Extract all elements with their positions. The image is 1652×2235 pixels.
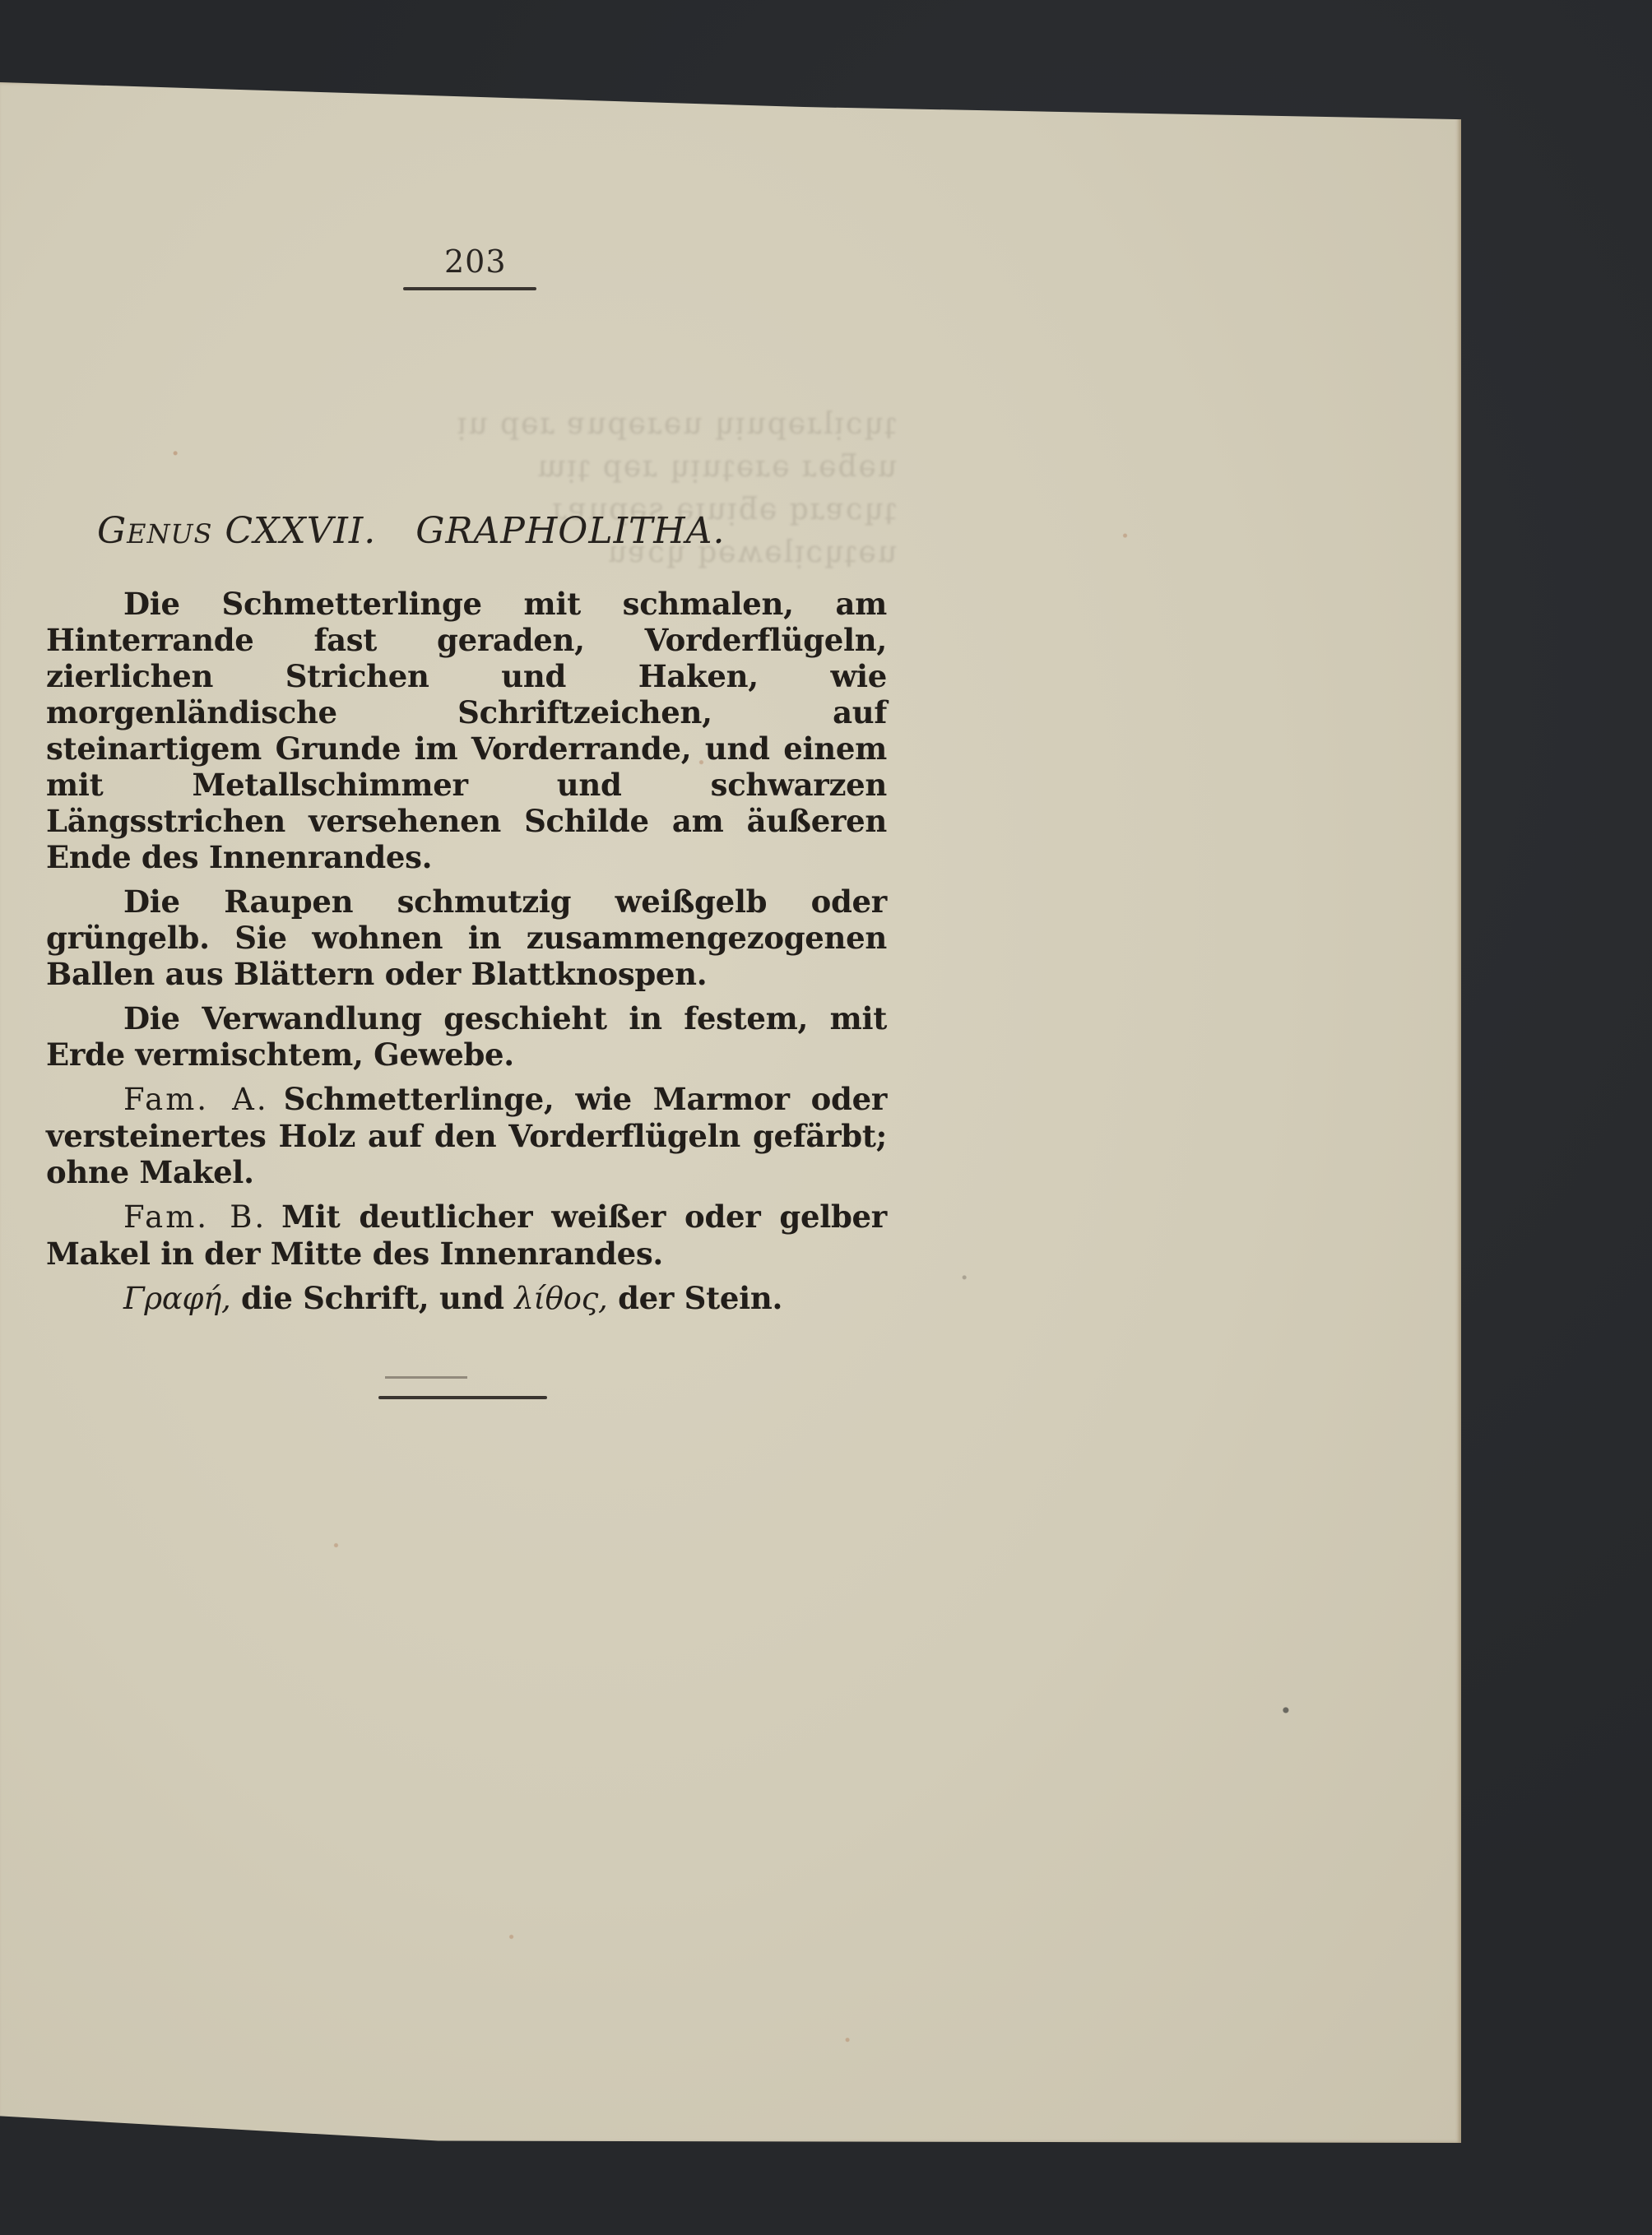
bleed-line: ʇɥɔᴉlɹǝpuᴉɥ uǝɹǝpuɐ ɹǝp uᴉ <box>74 403 897 446</box>
paragraph-description: Die Schmetterlinge mit schmalen, am Hint… <box>46 586 887 875</box>
paragraph-etymology: Γραφή, die Schrift, und λίθος, der Stein… <box>46 1280 887 1317</box>
paragraph-family-b: Fam. B.Mit deutlicher weißer oder gelber… <box>46 1199 887 1272</box>
etymology-text: die Schrift, und <box>230 1280 514 1316</box>
genus-heading: GENUS CXXVII.GRAPHOLITHA. <box>97 510 725 552</box>
paragraph-text: Die Raupen schmutzig weißgelb oder grüng… <box>46 883 887 992</box>
page-number: 203 <box>444 243 507 280</box>
greek-word-graphe: Γραφή, <box>123 1281 230 1316</box>
paragraph-family-a: Fam. A.Schmetterlinge, wie Marmor oder v… <box>46 1081 887 1190</box>
header-rule <box>403 287 536 290</box>
family-label: Fam. A. <box>123 1082 269 1117</box>
greek-word-lithos: λίθος, <box>514 1281 607 1316</box>
genus-number: CXXVII. <box>225 510 376 552</box>
bleed-line: uǝƃǝɹ ǝɹǝʇuᴉɥ ɹǝp ʇᴉɯ <box>74 446 897 489</box>
genus-label-rest: ENUS <box>127 518 212 549</box>
paragraph-metamorphosis: Die Verwandlung geschieht in festem, mit… <box>46 1000 887 1073</box>
genus-name: GRAPHOLITHA. <box>415 510 725 552</box>
etymology-text: der Stein. <box>608 1280 783 1316</box>
paragraph-text: Die Verwandlung geschieht in festem, mit… <box>46 1000 887 1073</box>
genus-label-initial: G <box>97 510 127 552</box>
end-rule-faint <box>385 1376 467 1379</box>
family-label: Fam. B. <box>123 1199 267 1235</box>
end-rule <box>378 1396 547 1399</box>
body-text: Die Schmetterlinge mit schmalen, am Hint… <box>46 586 887 1325</box>
paragraph-text: Die Schmetterlinge mit schmalen, am Hint… <box>46 586 887 875</box>
paragraph-caterpillars: Die Raupen schmutzig weißgelb oder grüng… <box>46 883 887 992</box>
